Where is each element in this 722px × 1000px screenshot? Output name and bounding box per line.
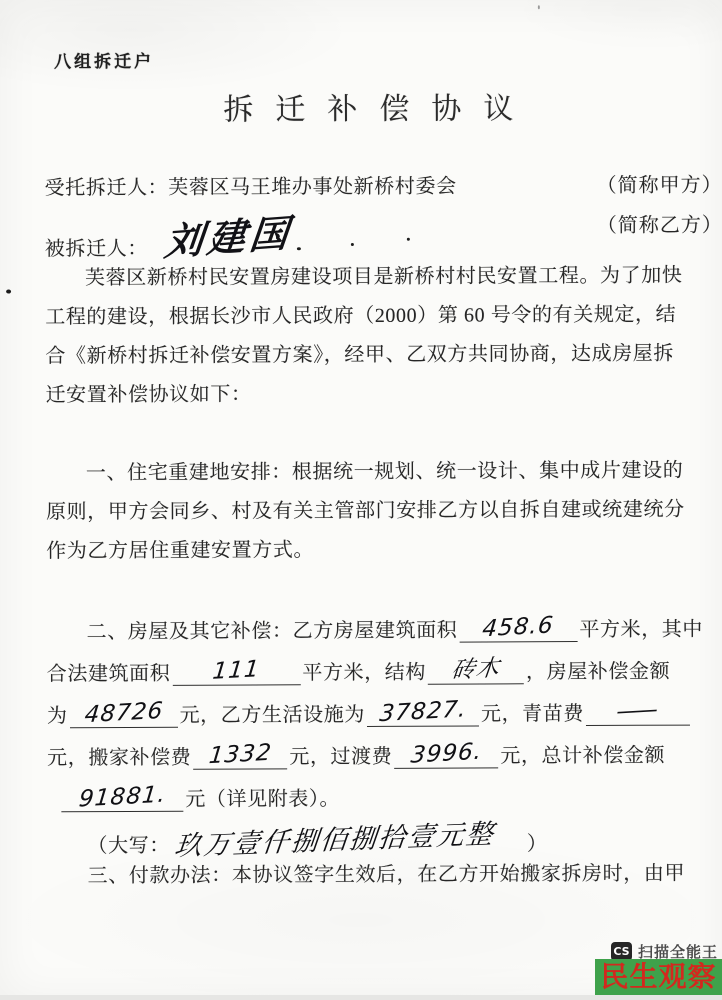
- preamble-line-2: 工程的建设，根据长沙市人民政府（2000）第 60 号令的有关规定，结: [45, 297, 722, 329]
- total-area-blank: 458.6: [459, 615, 577, 643]
- section2-line3-text2: 元，乙方生活设施为: [180, 704, 366, 727]
- section2-line4-text: 元，搬家补偿费: [47, 747, 191, 770]
- moving-fee-value: 1332: [208, 742, 273, 768]
- crops-fee-blank: —: [586, 699, 690, 726]
- section2-line3-text3: 元，青苗费: [481, 703, 584, 725]
- scanned-agreement-page: 八组拆迁户 拆迁补偿协议 受托拆迁人：芙蓉区马王堆办事处新桥村委会 （简称甲方）…: [0, 0, 722, 1000]
- section2-line4-text2: 元，过渡费: [289, 746, 392, 768]
- ink-speck: [407, 238, 410, 241]
- capital-line-pre: （大写：: [87, 835, 170, 857]
- section2-line4-text3: 元，总计补偿金额: [500, 745, 665, 768]
- section2-line-2: 合法建筑面积111平方米，结构砖木，房屋补偿金额: [47, 654, 722, 686]
- section2-line2-text: 合法建筑面积: [47, 663, 171, 686]
- section2-line5-text: 元（详见附表）。: [185, 788, 340, 811]
- house-amount-blank: 48726: [69, 701, 177, 728]
- section2-line-3: 为48726元，乙方生活设施为37827.元，青苗费—: [47, 696, 722, 728]
- section2-line-4: 元，搬家补偿费1332元，过渡费3996.元，总计补偿金额: [47, 738, 722, 770]
- section2-line3-text: 为: [47, 705, 68, 727]
- preamble-line-1: 芙蓉区新桥村民安置房建设项目是新桥村村民安置工程。为了加快: [45, 258, 722, 290]
- observer-watermark: 民生观察: [595, 959, 722, 996]
- party-b-line: 被拆迁人：刘建国 （简称乙方）: [45, 208, 722, 241]
- transition-fee-blank: 3996.: [394, 741, 498, 768]
- party-b-signature: 刘建国: [162, 202, 295, 266]
- house-amount-value: 48726: [83, 700, 164, 726]
- party-a-alias: （简称甲方）: [597, 168, 722, 198]
- total-amount-blank: 91881.: [61, 785, 183, 813]
- section1-line-3: 作为乙方居住重建安置方式。: [46, 531, 722, 563]
- total-area-value: 458.6: [482, 614, 556, 640]
- section2-line-5: 91881.元（详见附表）。: [59, 780, 722, 812]
- capital-amount-line: （大写：玖万壹仟捌佰捌拾壹元整）: [47, 818, 722, 860]
- crops-fee-value: —: [613, 699, 663, 724]
- section2-line2-text2: 平方米，结构: [302, 662, 426, 685]
- total-amount-value: 91881.: [78, 784, 167, 811]
- capital-amount-value: 玖万壹仟捌佰捌拾壹元整: [173, 812, 497, 864]
- section1-line-1: 一、住宅重建地安排：根据统一规划、统一设计、集中成片建设的: [46, 453, 722, 485]
- legal-area-blank: 111: [172, 658, 300, 686]
- facilities-amount-blank: 37827.: [367, 699, 479, 726]
- capital-line-post: ）: [527, 833, 548, 855]
- scan-edge-strip: [0, 995, 722, 1000]
- facilities-amount-value: 37827.: [378, 698, 467, 725]
- corner-note: 八组拆迁户: [54, 47, 154, 72]
- section2-line2-text3: ，房屋补偿金额: [526, 661, 670, 684]
- party-b-label: 被拆迁人：: [45, 238, 148, 260]
- structure-blank: 砖木: [428, 657, 524, 684]
- party-b-alias: （简称乙方）: [597, 208, 722, 238]
- legal-area-value: 111: [212, 658, 261, 683]
- structure-value: 砖木: [451, 657, 502, 682]
- section3-line-1: 三、付款办法：本协议签字生效后，在乙方开始搬家拆房时，由甲: [48, 856, 722, 888]
- party-a-label: 受托拆迁人：: [45, 177, 169, 200]
- ink-speck: [6, 290, 11, 294]
- party-a-line: 受托拆迁人：芙蓉区马王堆办事处新桥村委会 （简称甲方）: [45, 168, 722, 201]
- moving-fee-blank: 1332: [193, 742, 287, 769]
- preamble-line-4: 迁安置补偿协议如下：: [45, 375, 722, 407]
- document-body: 八组拆迁户 拆迁补偿协议 受托拆迁人：芙蓉区马王堆办事处新桥村委会 （简称甲方）…: [0, 0, 722, 1000]
- section1-line-2: 原则，甲方会同乡、村及有关主管部门安排乙方以自拆自建或统建统分: [46, 492, 722, 524]
- section2-line1-text2: 平方米，其中: [579, 619, 703, 642]
- section2-line-1: 二、房屋及其它补偿：乙方房屋建筑面积458.6平方米，其中: [47, 612, 722, 644]
- transition-fee-value: 3996.: [410, 741, 484, 767]
- party-a-name: 芙蓉区马王堆办事处新桥村委会: [168, 176, 456, 199]
- ink-speck: [351, 243, 354, 246]
- scan-artifact: [538, 5, 540, 9]
- preamble-line-3: 合《新桥村拆迁补偿安置方案》，经甲、乙双方共同协商，达成房屋拆: [45, 336, 722, 368]
- section2-line1-text: 二、房屋及其它补偿：乙方房屋建筑面积: [87, 620, 458, 644]
- document-title: 拆迁补偿协议: [0, 82, 720, 129]
- ink-speck: [297, 247, 301, 250]
